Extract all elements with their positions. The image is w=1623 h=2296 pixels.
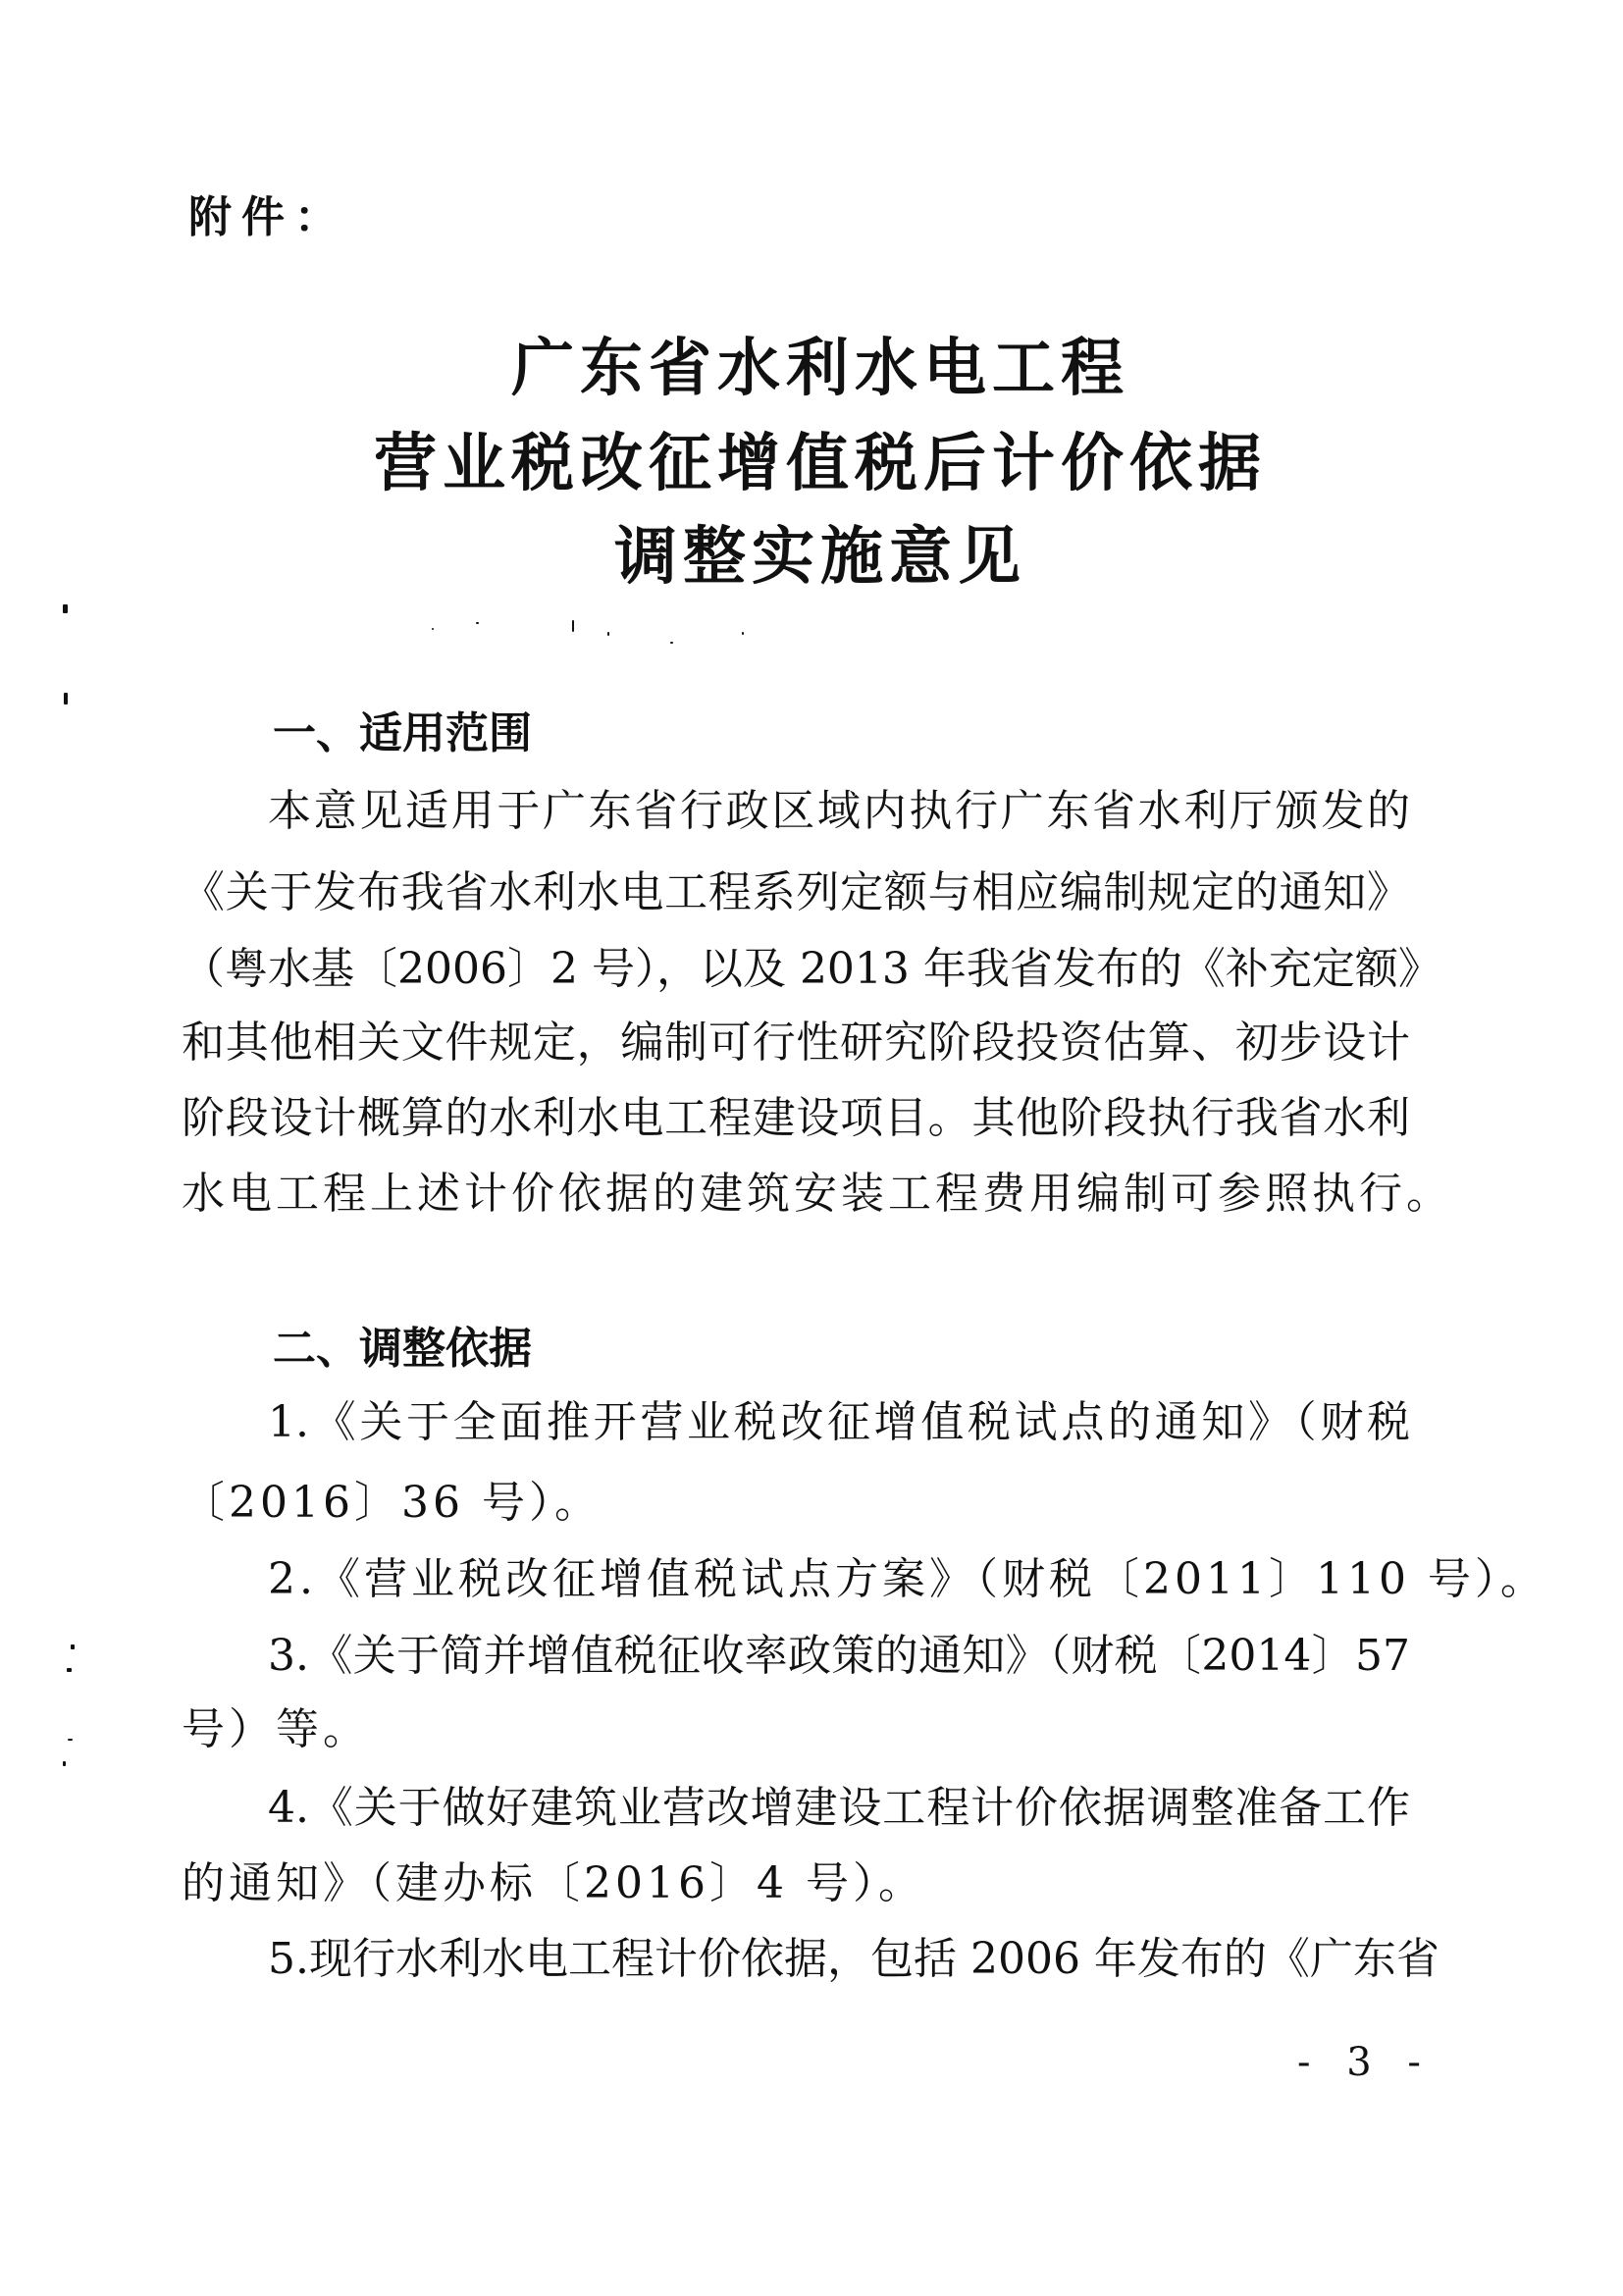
section-heading-basis: 二、调整依据	[273, 1328, 532, 1371]
list-item-1-cont: 〔2016〕36 号）。	[182, 1482, 602, 1525]
scan-mark	[67, 1668, 72, 1672]
list-item-4-cont: 的通知》（建办标〔2016〕4 号）。	[182, 1862, 925, 1905]
list-item-1: 1.《关于全面推开营业税改征增值税试点的通知》（财税	[268, 1401, 1410, 1444]
scan-mark	[68, 1739, 73, 1741]
body-line: 水电工程上述计价依据的建筑安装工程费用编制可参照执行。	[182, 1173, 1453, 1216]
scan-mark	[63, 604, 68, 613]
scan-mark	[63, 1761, 66, 1766]
scan-mark	[476, 622, 479, 624]
list-item-4: 4.《关于做好建筑业营改增建设工程计价依据调整准备工作	[268, 1787, 1410, 1830]
title-line-2: 营业税改征增值税后计价依据	[0, 433, 1623, 496]
body-line: 和其他相关文件规定，编制可行性研究阶段投资估算、初步设计	[182, 1021, 1410, 1065]
scan-mark	[71, 1644, 75, 1649]
document-page: 附件： 广东省水利水电工程 营业税改征增值税后计价依据 调整实施意见 一、适用范…	[0, 0, 1623, 2296]
scan-mark	[64, 693, 68, 704]
body-line: （粤水基〔2006〕2 号），以及 2013 年我省发布的《补充定额》	[182, 948, 1410, 991]
scan-mark	[572, 620, 574, 632]
list-item-5: 5.现行水利水电工程计价依据，包括 2006 年发布的《广东省	[268, 1938, 1410, 1981]
attachment-label: 附件：	[188, 196, 347, 239]
list-item-3: 3.《关于简并增值税征收率政策的通知》（财税〔2014〕57	[268, 1635, 1410, 1678]
page-number: - 3 -	[1297, 2043, 1433, 2082]
title-line-1: 广东省水利水电工程	[0, 338, 1623, 400]
body-line: 本意见适用于广东省行政区域内执行广东省水利厅颁发的	[268, 790, 1410, 833]
title-line-3: 调整实施意见	[0, 526, 1623, 589]
scan-mark	[670, 642, 673, 644]
scan-mark	[742, 632, 744, 635]
body-line: 《关于发布我省水利水电工程系列定额与相应编制规定的通知》	[182, 871, 1410, 914]
list-item-2: 2.《营业税改征增值税试点方案》（财税〔2011〕110 号）。	[268, 1558, 1547, 1601]
scan-mark	[607, 632, 609, 636]
scan-mark	[432, 628, 434, 630]
section-heading-scope: 一、适用范围	[273, 712, 532, 756]
list-item-3-cont: 号）等。	[182, 1708, 370, 1751]
body-line: 阶段设计概算的水利水电工程建设项目。其他阶段执行我省水利	[182, 1097, 1410, 1140]
